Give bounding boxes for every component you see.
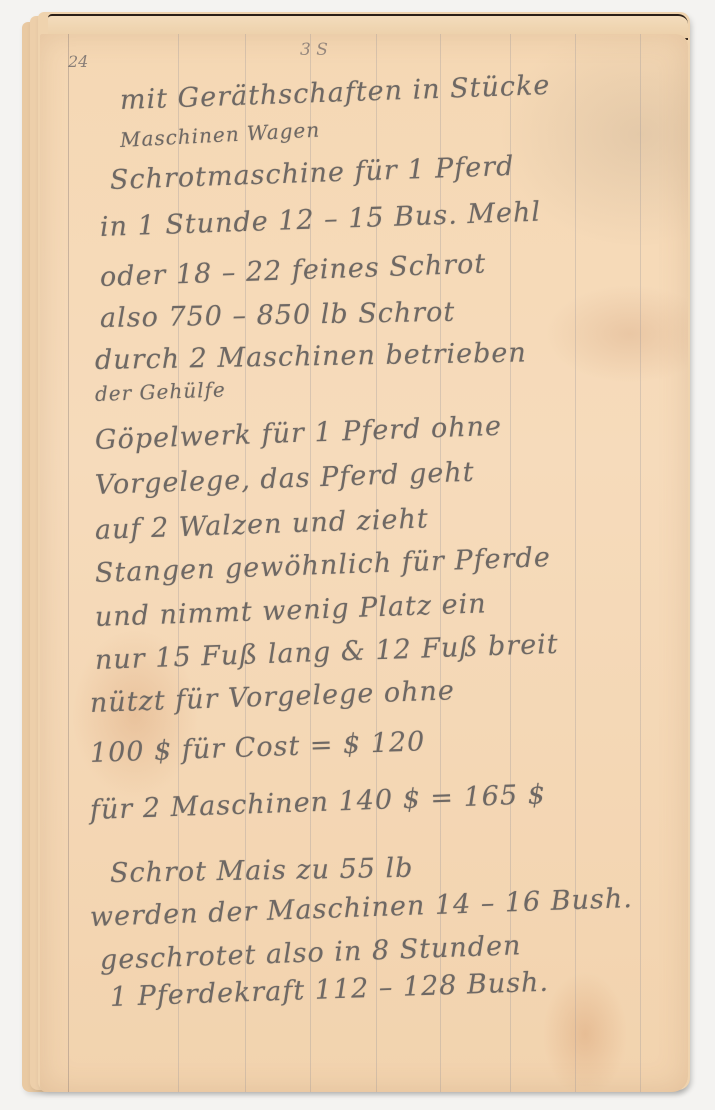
- handwritten-line: Göpelwerk für 1 Pferd ohne: [94, 411, 502, 456]
- handwritten-line: nützt für Vorgelege ohne: [89, 675, 455, 719]
- handwritten-line: durch 2 Maschinen betrieben: [95, 337, 527, 376]
- handwritten-line: also 750 – 850 lb Schrot: [100, 297, 456, 334]
- handwritten-line: mit Geräthschaften in Stücke: [119, 70, 550, 116]
- handwritten-line: und nimmt wenig Platz ein: [94, 588, 487, 633]
- handwritten-line: 1 Pferdekraft 112 – 128 Bush.: [109, 967, 549, 1013]
- handwritten-line: Vorgelege, das Pferd geht: [94, 457, 475, 501]
- handwritten-line: Schrot Mais zu 55 lb: [110, 853, 414, 889]
- handwritten-line: der Gehülfe: [95, 377, 227, 406]
- handwritten-line: auf 2 Walzen und zieht: [94, 503, 429, 546]
- handwritten-line: für 2 Maschinen 140 $ = 165 $: [89, 779, 546, 826]
- handwritten-line: Stangen gewöhnlich für Pferde: [94, 542, 551, 589]
- handwritten-line: werden der Maschinen 14 – 16 Bush.: [89, 883, 633, 933]
- handwritten-line: 100 $ für Cost = $ 120: [89, 726, 425, 769]
- handwritten-line: Schrotmaschine für 1 Pferd: [109, 151, 514, 196]
- handwritten-line: in 1 Stunde 12 – 15 Bus. Mehl: [99, 197, 541, 243]
- handwritten-text-block: mit Geräthschaften in StückeMaschinen Wa…: [0, 0, 715, 1110]
- handwritten-line: Maschinen Wagen: [119, 118, 320, 152]
- handwritten-line: nur 15 Fuß lang & 12 Fuß breit: [94, 629, 559, 676]
- scanned-notebook-page: 24 3 S mit Geräthschaften in StückeMasch…: [0, 0, 715, 1110]
- handwritten-line: oder 18 – 22 feines Schrot: [99, 249, 486, 293]
